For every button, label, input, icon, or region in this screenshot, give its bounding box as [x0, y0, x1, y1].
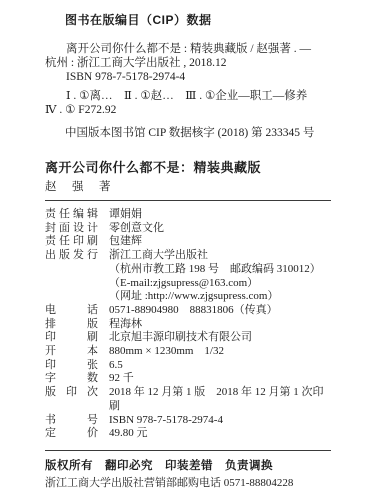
row-label: 定 价: [45, 427, 98, 441]
row-value: 程海林: [109, 318, 331, 332]
row-value: （E-mail:zjgsupress@163.com）: [109, 277, 331, 291]
book-author: 赵 强 著: [45, 180, 331, 194]
cip-heading: 图书在版编目（CIP）数据: [65, 13, 331, 27]
row-value: 880mm × 1230mm 1/32: [109, 345, 331, 359]
row-value: 2018 年 12 月第 1 版 2018 年 12 月第 1 次印刷: [109, 386, 331, 413]
row-value: 浙江工商大学出版社: [109, 249, 331, 263]
row-label: 责任编辑: [45, 208, 98, 222]
row-label: [45, 277, 98, 291]
row-label: 版 印 次: [45, 386, 98, 413]
colophon-table: 责任编辑谭娟娟 封面设计零创意文化 责任印刷包建辉 出版发行浙江工商大学出版社 …: [45, 208, 331, 441]
row-value: 包建辉: [109, 235, 331, 249]
title-block: 离开公司你什么都不是：精装典藏版 赵 强 著: [45, 160, 331, 194]
colophon-row-cover-design: 封面设计零创意文化: [45, 222, 331, 236]
row-label: 责任印刷: [45, 235, 98, 249]
copyright-notice: 版权所有 翻印必究 印装差错 负责调换: [45, 459, 331, 473]
colophon-row-word-count: 字 数92 千: [45, 372, 331, 386]
row-value: 0571-88904980 88831806（传真）: [109, 304, 331, 318]
colophon-row-edition: 版 印 次2018 年 12 月第 1 版 2018 年 12 月第 1 次印刷: [45, 386, 331, 413]
row-label: 电 话: [45, 304, 98, 318]
colophon-row-price: 定 价49.80 元: [45, 427, 331, 441]
row-value: ISBN 978-7-5178-2974-4: [109, 414, 331, 428]
row-value: 92 千: [109, 372, 331, 386]
row-value: 零创意文化: [109, 222, 331, 236]
row-value: 6.5: [109, 359, 331, 373]
colophon-row-sheets: 印 张6.5: [45, 359, 331, 373]
cip-record: 离开公司你什么都不是 : 精装典藏版 / 赵强著 . — 杭州 : 浙江工商大学…: [45, 42, 331, 117]
row-label: [45, 263, 98, 277]
cip-registry-number: 中国版本图书馆 CIP 数据核字 (2018) 第 233345 号: [65, 126, 331, 140]
cip-isbn-line: ISBN 978-7-5178-2974-4: [45, 70, 331, 84]
row-label: 字 数: [45, 372, 98, 386]
row-value: （杭州市教工路 198 号 邮政编码 310012）: [109, 263, 331, 277]
row-value: 北京旭丰源印刷技术有限公司: [109, 331, 331, 345]
divider-bottom: [45, 450, 331, 451]
cip-title-line: 离开公司你什么都不是 : 精装典藏版 / 赵强著 . —: [45, 42, 331, 56]
divider-top: [45, 200, 331, 201]
colophon-row-publisher: 出版发行浙江工商大学出版社: [45, 249, 331, 263]
cip-class-code-line: Ⅳ . ① F272.92: [45, 103, 331, 117]
copyright-page: 图书在版编目（CIP）数据 离开公司你什么都不是 : 精装典藏版 / 赵强著 .…: [0, 0, 375, 489]
colophon-row-isbn: 书 号ISBN 978-7-5178-2974-4: [45, 414, 331, 428]
colophon-row-address: （杭州市教工路 198 号 邮政编码 310012）: [45, 263, 331, 277]
colophon-row-printer: 印 刷北京旭丰源印刷技术有限公司: [45, 331, 331, 345]
row-value: 谭娟娟: [109, 208, 331, 222]
row-label: 印 刷: [45, 331, 98, 345]
row-value: （网址 :http://www.zjgsupress.com）: [109, 290, 331, 304]
row-label: 开 本: [45, 345, 98, 359]
row-label: 书 号: [45, 414, 98, 428]
colophon-row-website: （网址 :http://www.zjgsupress.com）: [45, 290, 331, 304]
row-label: 出版发行: [45, 249, 98, 263]
colophon-row-format: 开 本880mm × 1230mm 1/32: [45, 345, 331, 359]
row-label: 排 版: [45, 318, 98, 332]
row-value: 49.80 元: [109, 427, 331, 441]
colophon-row-editor: 责任编辑谭娟娟: [45, 208, 331, 222]
colophon-row-print-editor: 责任印刷包建辉: [45, 235, 331, 249]
row-label: [45, 290, 98, 304]
book-title: 离开公司你什么都不是：精装典藏版: [45, 160, 331, 176]
row-label: 封面设计: [45, 222, 98, 236]
colophon-row-email: （E-mail:zjgsupress@163.com）: [45, 277, 331, 291]
colophon-row-typesetting: 排 版程海林: [45, 318, 331, 332]
cip-publisher-line: 杭州 : 浙江工商大学出版社 , 2018.12: [45, 56, 331, 70]
colophon-row-phone: 电 话0571-88904980 88831806（传真）: [45, 304, 331, 318]
cip-classification-line: Ⅰ . ①离… Ⅱ . ①赵… Ⅲ . ①企业—职工—修养: [45, 89, 331, 103]
mail-order-contact: 浙江工商大学出版社营销部邮购电话 0571-88804228: [45, 476, 331, 489]
row-label: 印 张: [45, 359, 98, 373]
